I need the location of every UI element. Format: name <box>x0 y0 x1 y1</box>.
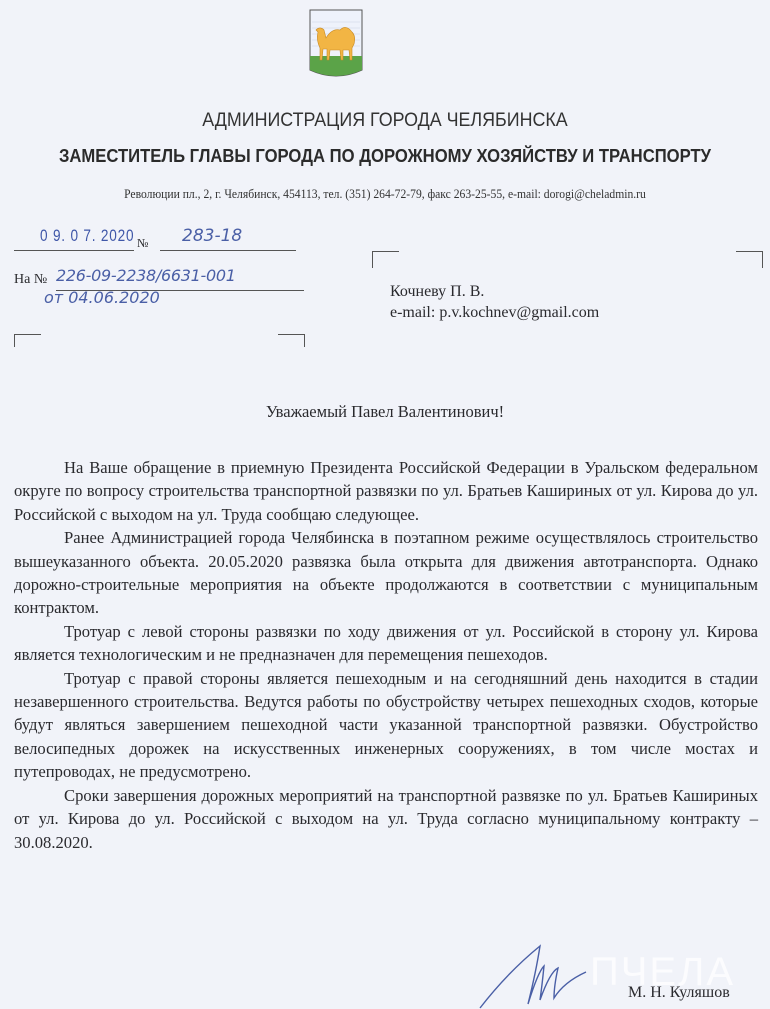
paragraph-inquiry: На Ваше обращение в приемную Президента … <box>14 456 758 526</box>
outgoing-number: 283-18 <box>182 226 242 246</box>
signature-scribble <box>478 942 588 1009</box>
greeting: Уважаемый Павел Валентинович! <box>0 402 770 422</box>
organization-title: АДМИНИСТРАЦИЯ ГОРОДА ЧЕЛЯБИНСКА <box>23 110 747 132</box>
number-underline <box>160 250 296 251</box>
field-corner-right <box>278 334 305 347</box>
date-stamp: 0 9. 0 7. 2020 <box>40 226 134 246</box>
reply-to-date: от 04.06.2020 <box>44 288 160 307</box>
coat-of-arms <box>308 8 364 82</box>
paragraph-left-sidewalk: Тротуар с левой стороны развязки по ходу… <box>14 620 758 667</box>
reply-to-label: На № <box>14 272 47 288</box>
department-title: ЗАМЕСТИТЕЛЬ ГЛАВЫ ГОРОДА ПО ДОРОЖНОМУ ХО… <box>39 145 732 167</box>
recipient-email: e-mail: p.v.kochnev@gmail.com <box>390 302 599 324</box>
reply-to-number: 226-09-2238/6631-001 <box>56 266 236 285</box>
recipient-name: Кочневу П. В. <box>390 281 484 303</box>
contact-address: Революции пл., 2, г. Челябинск, 454113, … <box>27 187 743 202</box>
camel-emblem-icon <box>308 8 364 82</box>
signer-name: М. Н. Куляшов <box>628 984 730 1002</box>
paragraph-right-sidewalk: Тротуар с правой стороны является пешехо… <box>14 667 758 784</box>
field-corner-left <box>14 334 41 347</box>
number-label: № <box>137 236 148 251</box>
handwritten-signature-icon <box>478 942 588 1009</box>
address-corner-right <box>736 251 763 268</box>
letter-body: На Ваше обращение в приемную Президента … <box>14 456 758 854</box>
address-corner-left <box>372 251 399 268</box>
paragraph-deadline: Сроки завершения дорожных мероприятий на… <box>14 784 758 854</box>
date-underline <box>14 250 134 251</box>
paragraph-construction: Ранее Администрацией города Челябинска в… <box>14 526 758 620</box>
